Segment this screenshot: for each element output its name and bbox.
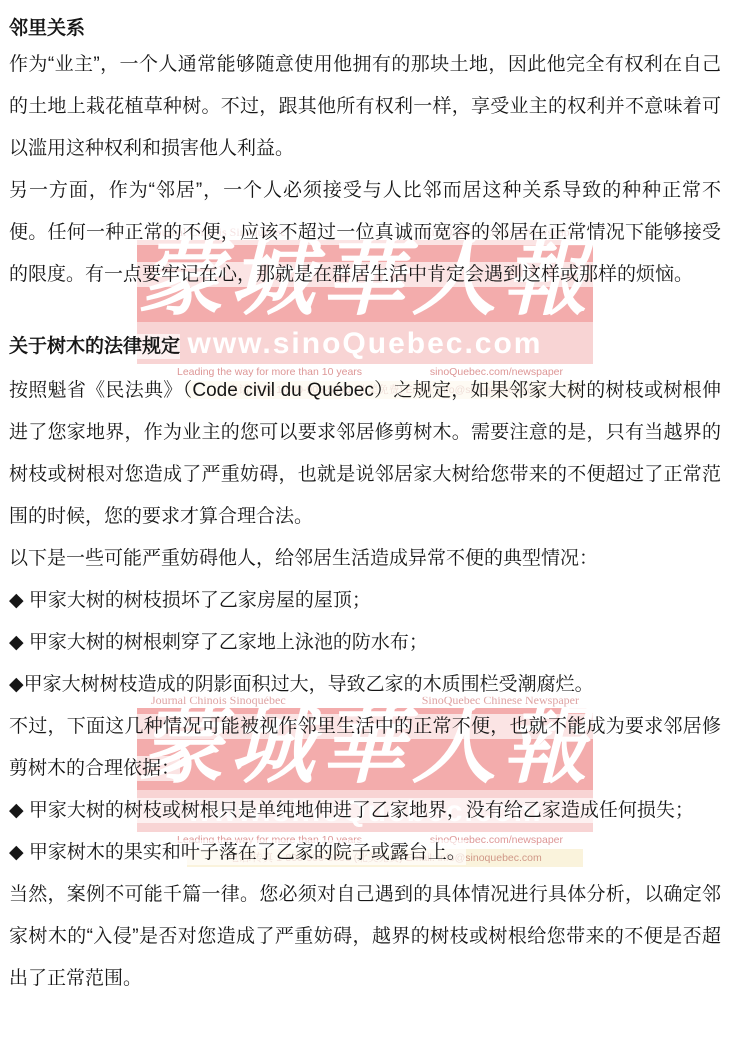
bullet-pool-liner: ◆ 甲家大树的树根刺穿了乙家地上泳池的防水布；	[9, 622, 721, 664]
paragraph-text: 当然，案例不可能千篇一律。您必须对自己遇到的具体情况进行具体分析，以确定邻家树木…	[9, 882, 721, 991]
document-page: 邻里关系 作为“业主”，一个人通常能够随意使用他拥有的那块土地，因此他完全有权利…	[0, 0, 730, 1000]
heading-tree-law: 关于树木的法律规定	[9, 332, 721, 362]
bullet-text: ◆ 甲家大树的树枝或树根只是单纯地伸进了乙家地界，没有给乙家造成任何损失；	[9, 798, 694, 823]
bullet-fence-rot: ◆甲家大树树枝造成的阴影面积过大，导致乙家的木质围栏受潮腐烂。	[9, 664, 721, 706]
paragraph-text: 作为“业主”，一个人通常能够随意使用他拥有的那块土地，因此他完全有权利在自己的土…	[9, 52, 721, 161]
paragraph-normal-inconvenience-intro: 不过，下面这几种情况可能被视作邻里生活中的正常不便，也就不能成为要求邻居修剪树木…	[9, 706, 721, 790]
heading-text: 邻里关系	[9, 16, 85, 41]
paragraph-text: 另一方面，作为“邻居”，一个人必须接受与人比邻而居这种关系导致的种种正常不便。任…	[9, 178, 721, 287]
paragraph-conclusion: 当然，案例不可能千篇一律。您必须对自己遇到的具体情况进行具体分析，以确定邻家树木…	[9, 874, 721, 1000]
bullet-branches-no-loss: ◆ 甲家大树的树枝或树根只是单纯地伸进了乙家地界，没有给乙家造成任何损失；	[9, 790, 721, 832]
paragraph-owner-rights: 作为“业主”，一个人通常能够随意使用他拥有的那块土地，因此他完全有权利在自己的土…	[9, 44, 721, 170]
bullet-text: ◆ 甲家树木的果实和叶子落在了乙家的院子或露台上。	[9, 840, 466, 865]
section-tree-law-body: 按照魁省《民法典》（Code civil du Québec）之规定，如果邻家大…	[9, 370, 721, 706]
bullet-text: ◆ 甲家大树的树根刺穿了乙家地上泳池的防水布；	[9, 630, 428, 655]
paragraph-neighbor-tolerance: 另一方面，作为“邻居”，一个人必须接受与人比邻而居这种关系导致的种种正常不便。任…	[9, 170, 721, 296]
heading-text: 关于树木的法律规定	[9, 334, 180, 359]
bullet-fruit-leaves: ◆ 甲家树木的果实和叶子落在了乙家的院子或露台上。	[9, 832, 721, 874]
paragraph-text: 以下是一些可能严重妨碍他人，给邻居生活造成异常不便的典型情况：	[9, 546, 598, 571]
bullet-text: ◆ 甲家大树的树枝损坏了乙家房屋的屋顶；	[9, 588, 371, 613]
paragraph-civil-code: 按照魁省《民法典》（Code civil du Québec）之规定，如果邻家大…	[9, 370, 721, 538]
paragraph-serious-cases-intro: 以下是一些可能严重妨碍他人，给邻居生活造成异常不便的典型情况：	[9, 538, 721, 580]
paragraph-text: 按照魁省《民法典》（Code civil du Québec）之规定，如果邻家大…	[9, 378, 721, 529]
paragraph-text: 不过，下面这几种情况可能被视作邻里生活中的正常不便，也就不能成为要求邻居修剪树木…	[9, 714, 721, 781]
bullet-text: ◆甲家大树树枝造成的阴影面积过大，导致乙家的木质围栏受潮腐烂。	[9, 672, 594, 697]
bullet-roof-damage: ◆ 甲家大树的树枝损坏了乙家房屋的屋顶；	[9, 580, 721, 622]
heading-neighbor-relations: 邻里关系	[9, 14, 721, 44]
